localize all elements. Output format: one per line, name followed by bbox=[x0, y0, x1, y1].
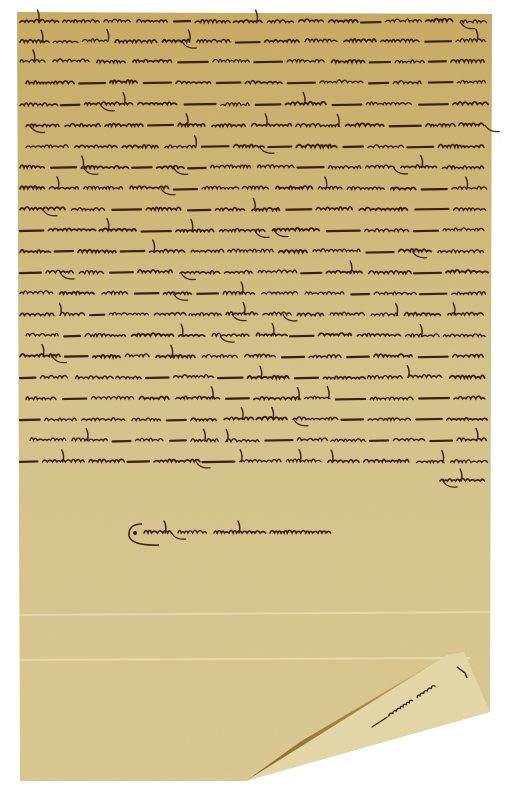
manuscript-illustration bbox=[0, 0, 516, 800]
manuscript-page: manuscript letter cursive Sogdian-style … bbox=[0, 0, 516, 800]
paper-texture bbox=[17, 12, 492, 781]
